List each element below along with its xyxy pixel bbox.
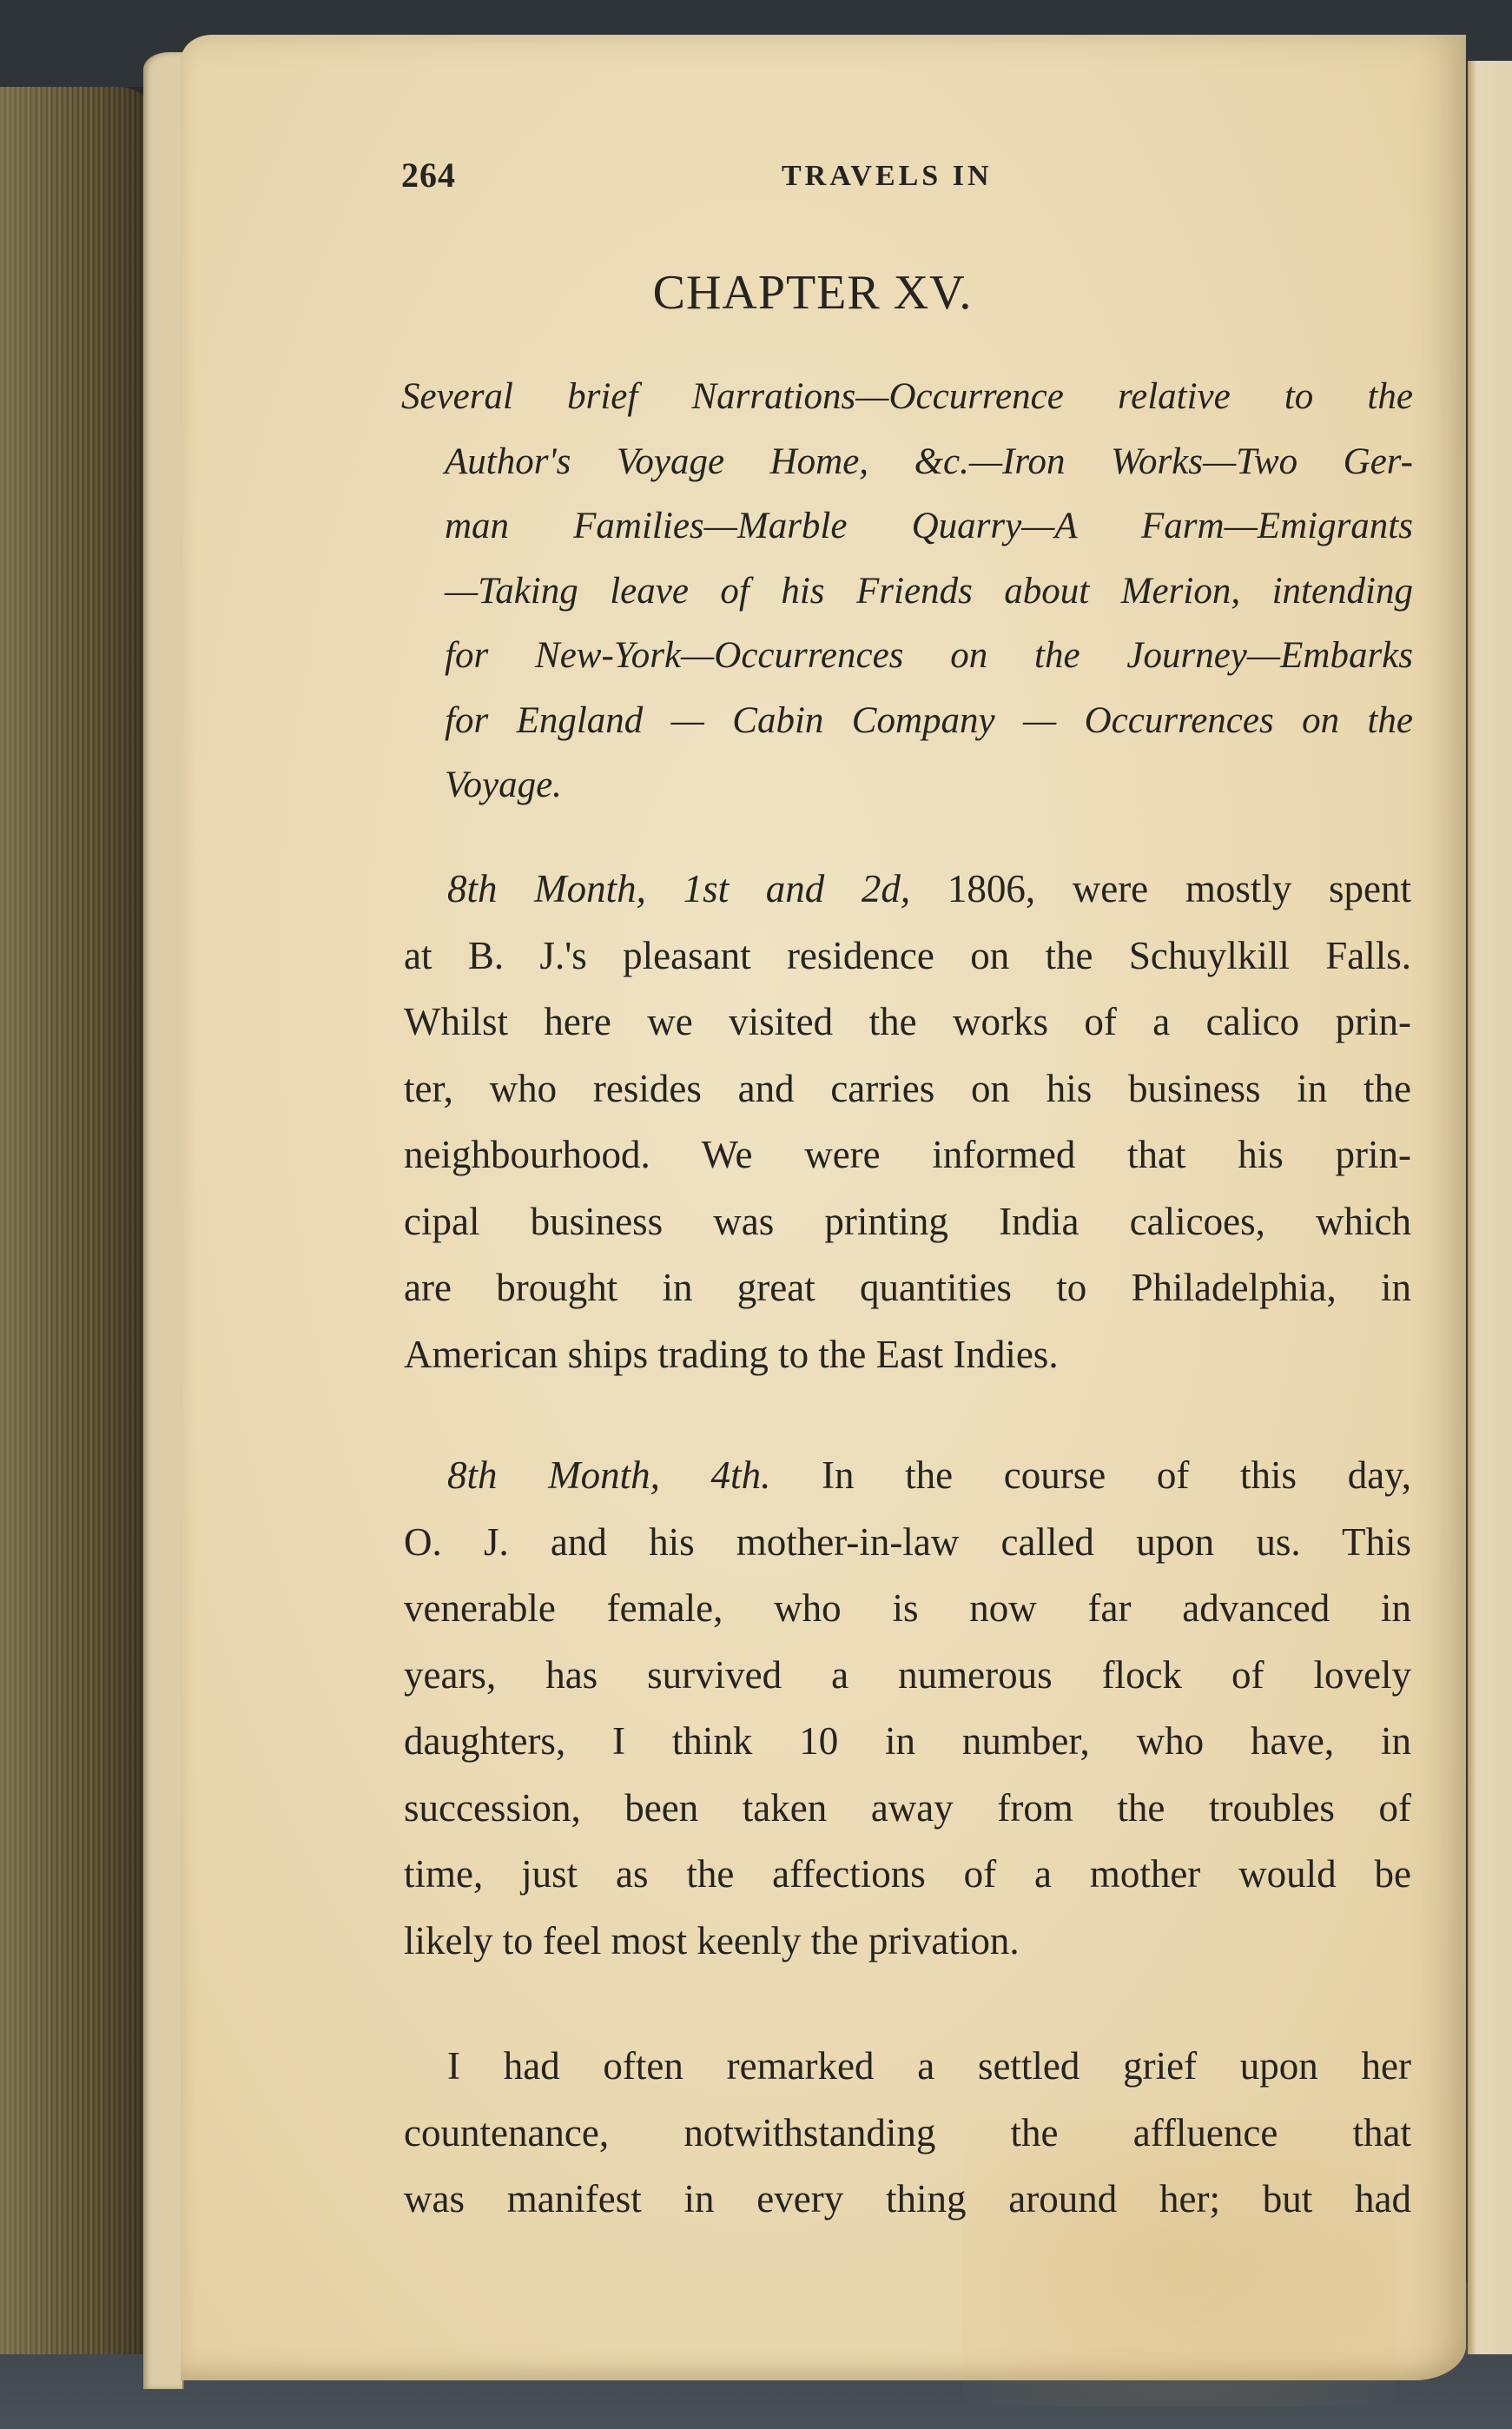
paragraph-line: cipal business was printing India calico…	[404, 1188, 1411, 1255]
paragraph-2: 8th Month, 4th. In the course of this da…	[404, 1442, 1411, 1974]
paragraph-line: countenance, notwithstanding the affluen…	[404, 2100, 1411, 2167]
paragraph-line: likely to feel most keenly the privation…	[404, 1908, 1411, 1975]
paragraph-line: are brought in great quantities to Phila…	[404, 1254, 1411, 1321]
summary-line: for New-York—Occurrences on the Journey—…	[401, 624, 1413, 689]
paragraph-line: time, just as the affections of a mother…	[404, 1841, 1411, 1908]
paragraph-1: 8th Month, 1st and 2d, 1806, were mostly…	[404, 856, 1411, 1387]
line-text: 1806, were mostly spent	[910, 867, 1411, 910]
paragraph-line: years, has survived a numerous flock of …	[404, 1642, 1411, 1709]
paragraph-line: ter, who resides and carries on his busi…	[404, 1056, 1411, 1122]
paragraph-line: neighbourhood. We were informed that his…	[404, 1122, 1411, 1188]
running-title: TRAVELS IN	[782, 160, 993, 193]
paragraph-line: Whilst here we visited the works of a ca…	[404, 989, 1411, 1056]
paragraph-line: daughters, I think 10 in number, who hav…	[404, 1708, 1411, 1775]
summary-line: Voyage.	[401, 753, 1413, 818]
summary-line: for England — Cabin Company — Occurrence…	[401, 689, 1413, 754]
date-heading: 8th Month, 1st and 2d,	[447, 867, 910, 910]
binding-margin	[143, 52, 184, 2389]
paragraph-line: was manifest in every thing around her; …	[404, 2166, 1411, 2233]
paragraph-line: I had often remarked a settled grief upo…	[404, 2033, 1411, 2100]
adjacent-page-edge	[1468, 61, 1512, 2354]
paragraph-line: venerable female, who is now far advance…	[404, 1575, 1411, 1642]
chapter-title: CHAPTER XV.	[0, 265, 1512, 321]
summary-line: Several brief Narrations—Occurrence rela…	[401, 365, 1413, 430]
summary-line: —Taking leave of his Friends about Merio…	[401, 559, 1413, 625]
paragraph-line: 8th Month, 1st and 2d, 1806, were mostly…	[404, 856, 1411, 923]
date-heading: 8th Month, 4th.	[447, 1453, 770, 1497]
page-number: 264	[401, 155, 456, 195]
line-text: In the course of this day,	[770, 1453, 1411, 1497]
paragraph-line: 8th Month, 4th. In the course of this da…	[404, 1442, 1411, 1509]
paragraph-3: I had often remarked a settled grief upo…	[404, 2033, 1411, 2233]
summary-line: man Families—Marble Quarry—A Farm—Emigra…	[401, 494, 1413, 559]
paragraph-line: succession, been taken away from the tro…	[404, 1775, 1411, 1842]
paragraph-line: O. J. and his mother-in-law called upon …	[404, 1509, 1411, 1576]
paragraph-line: at B. J.'s pleasant residence on the Sch…	[404, 923, 1411, 989]
chapter-summary: Several brief Narrations—Occurrence rela…	[401, 365, 1413, 818]
summary-line: Author's Voyage Home, &c.—Iron Works—Two…	[401, 430, 1413, 495]
page-block-shade	[0, 87, 152, 2354]
paragraph-line: American ships trading to the East Indie…	[404, 1321, 1411, 1388]
